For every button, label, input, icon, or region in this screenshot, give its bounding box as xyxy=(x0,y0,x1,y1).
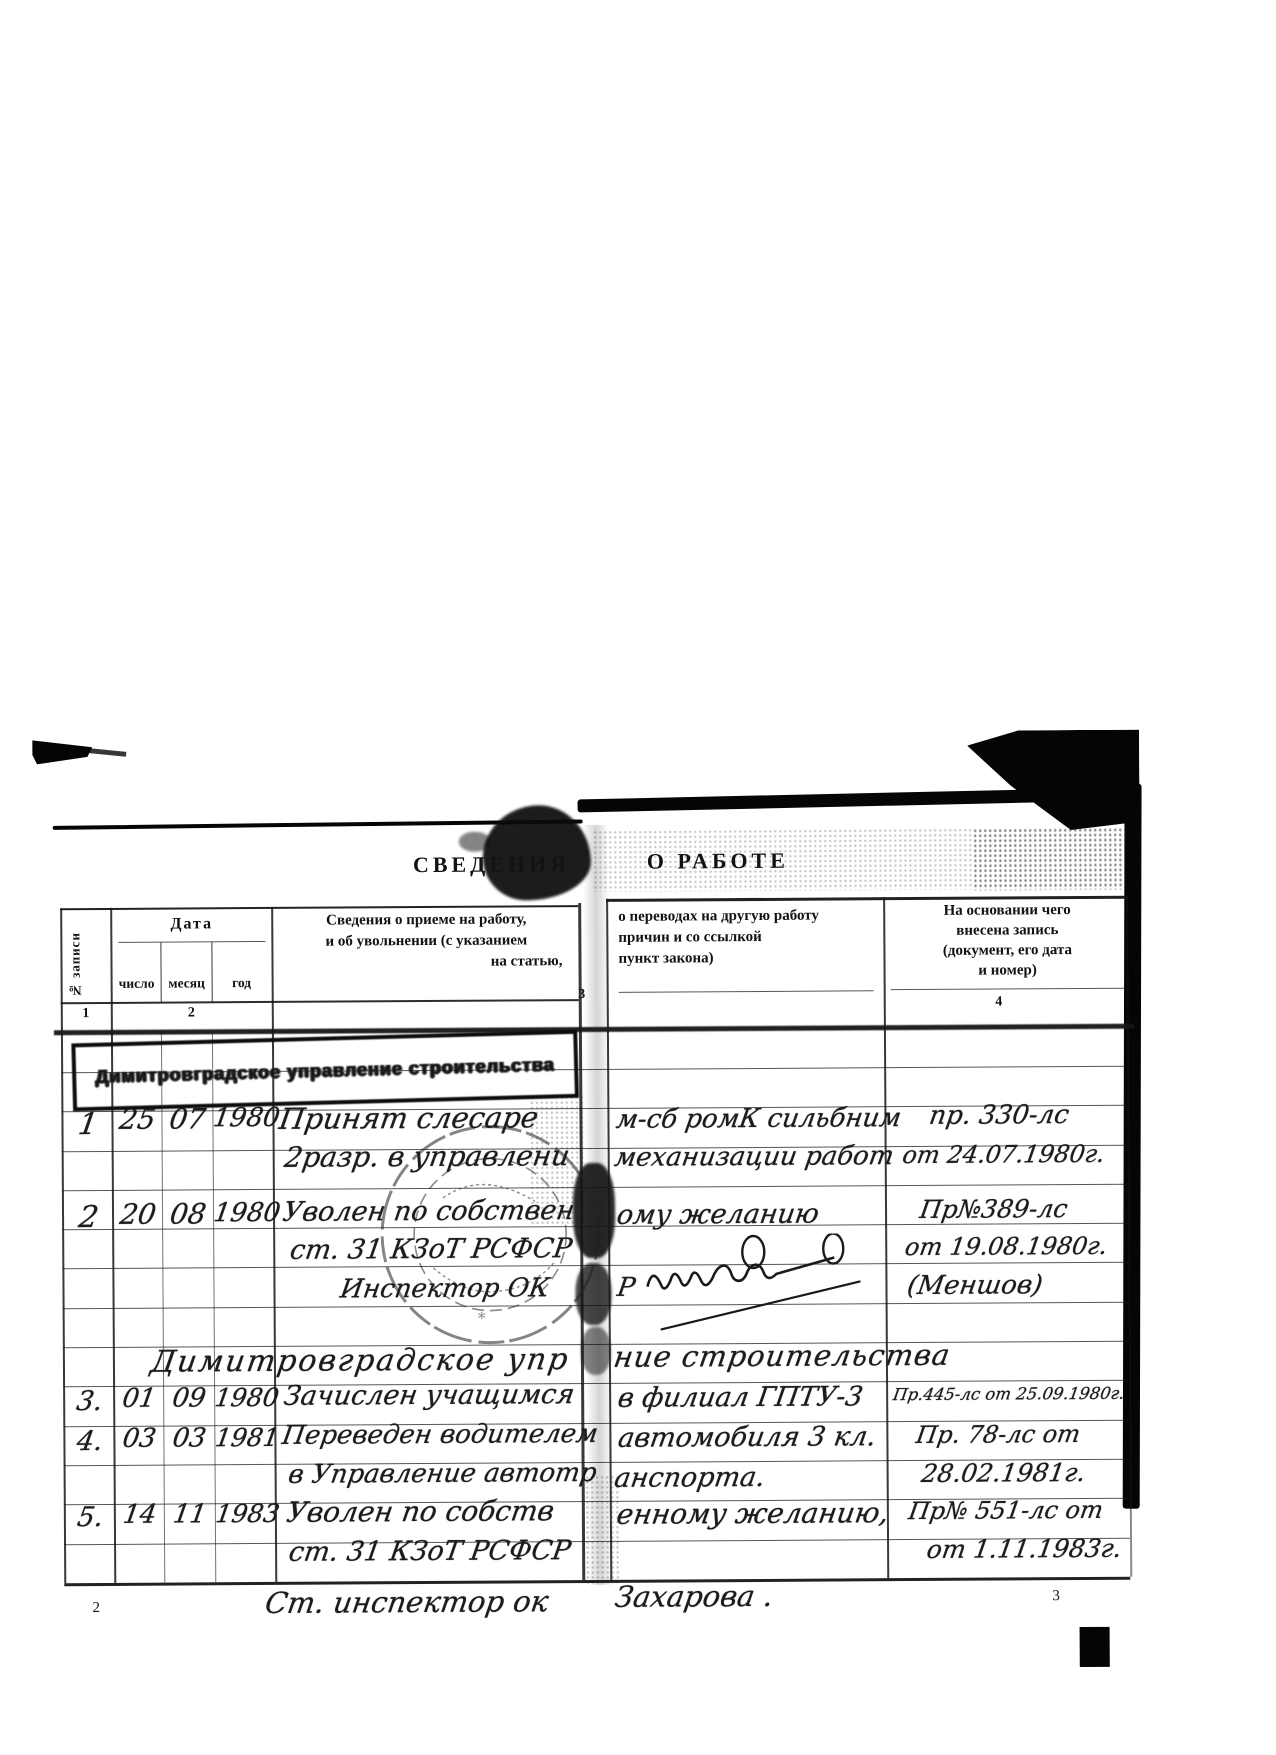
entry-month: 03 xyxy=(163,1425,215,1451)
scan-corner-blob-top-right xyxy=(967,730,1140,831)
basis-text: 28.02.1981г. xyxy=(920,1460,1088,1486)
rect-stamp-text: Димитровградское управление строительств… xyxy=(95,1054,555,1087)
page-number-left: 2 xyxy=(92,1600,100,1617)
org-heading-left: Димитровградское упр xyxy=(149,1345,572,1378)
basis-text: от 19.08.1980г. xyxy=(903,1234,1109,1259)
entry-day: 25 xyxy=(112,1106,162,1134)
basis-text: Пр№389-лс xyxy=(918,1196,1069,1222)
col-number-3: 3 xyxy=(562,987,602,1003)
entry-no: 2 xyxy=(63,1203,115,1233)
entry-no: 4. xyxy=(64,1428,115,1455)
scanned-work-book-page: СВЕДЕНИЯ О РАБОТЕ xyxy=(0,0,1276,1755)
table-line xyxy=(891,988,1127,991)
entry-no: 1 xyxy=(62,1110,114,1140)
table-line xyxy=(118,941,265,943)
basis-text: пр. 330-лс xyxy=(927,1102,1070,1129)
entry-year: 1980 xyxy=(212,1200,274,1226)
entry-year: 1980 xyxy=(211,1105,273,1131)
entry-text: Р xyxy=(616,1275,637,1301)
entry-text: автомобиля 3 кл. xyxy=(616,1423,878,1452)
entry-no: 5. xyxy=(65,1504,116,1531)
entry-text: Уволен по собств xyxy=(285,1497,556,1527)
footer-inspector: Ст. инспектор ок xyxy=(263,1587,550,1618)
ink-blob-small xyxy=(459,832,491,852)
table-line xyxy=(160,943,162,1003)
basis-text: Пр.445-лс от 25.09.1980г. xyxy=(892,1386,1126,1404)
col-number-4: 4 xyxy=(969,994,1029,1010)
page-number-right: 3 xyxy=(1052,1588,1060,1605)
entry-text: 2разр. в управлени xyxy=(283,1142,572,1172)
scan-edge-top-left-dash xyxy=(88,748,126,757)
rectangular-org-stamp: Димитровградское управление строительств… xyxy=(71,1030,579,1112)
scan-noise-corner xyxy=(973,828,1128,891)
signature-scrawl xyxy=(635,1233,926,1335)
col3-right-header-line3: пункт закона) xyxy=(618,947,880,970)
entry-month: 09 xyxy=(163,1385,215,1411)
entry-text: Переведен водителем xyxy=(280,1421,599,1449)
date-group-header: Дата xyxy=(118,913,265,935)
scan-edge-top-left-blob xyxy=(32,740,92,764)
table-line xyxy=(211,942,213,1002)
footer-signature: Захарова . xyxy=(613,1582,775,1612)
page-title-right: О РАБОТЕ xyxy=(647,848,827,875)
col-number-2: 2 xyxy=(111,1005,272,1022)
entry-text: механизации работ xyxy=(613,1143,896,1171)
col4-header-line3: (документ, его дата xyxy=(888,940,1126,961)
entry-month: 08 xyxy=(162,1200,214,1228)
date-day-header: число xyxy=(113,976,161,992)
entry-text: анспорта. xyxy=(613,1464,767,1492)
entry-day: 03 xyxy=(114,1426,164,1452)
basis-text: Пр№ 551-лс от xyxy=(907,1498,1105,1523)
entry-text: Инспектор ОК xyxy=(339,1275,552,1302)
entry-month: 11 xyxy=(164,1501,216,1527)
basis-text: от 1.11.1983г. xyxy=(925,1536,1123,1562)
basis-text: Пр. 78-лс от xyxy=(915,1422,1082,1447)
basis-text: от 24.07.1980г. xyxy=(901,1142,1107,1167)
date-month-header: месяц xyxy=(162,975,212,991)
entry-text: ст. 31 КЗоТ РСФСР xyxy=(287,1537,573,1566)
col4-header-line1: На основании чего xyxy=(888,900,1126,921)
entry-day: 01 xyxy=(114,1386,164,1412)
entry-text: Уволен по собствен xyxy=(281,1197,576,1226)
col3-right-header-line1: о переводах на другую работу xyxy=(618,905,880,928)
org-heading-right: ние строительства xyxy=(612,1341,953,1372)
page-title-left: СВЕДЕНИЯ xyxy=(413,851,553,878)
entry-text: Зачислен учащимся xyxy=(282,1381,576,1410)
basis-text: (Меншов) xyxy=(906,1272,1045,1299)
col3-left-header-line2: и об увольнении (с указанием xyxy=(276,930,576,953)
book-cover-right-edge xyxy=(1123,784,1142,1509)
entry-year: 1981 xyxy=(213,1425,275,1450)
col3-left-header-line3: на статью, xyxy=(276,951,576,974)
col-number-1: 1 xyxy=(61,1006,111,1022)
entry-year: 1980 xyxy=(213,1385,275,1410)
table-line xyxy=(61,999,579,1004)
table-line xyxy=(619,990,874,993)
entry-text: в Управление автотр xyxy=(287,1460,599,1488)
entry-text: в филиал ГПТУ-3 xyxy=(616,1383,865,1412)
entry-day: 14 xyxy=(115,1502,165,1528)
col4-header-line4: и номер) xyxy=(889,960,1127,981)
col3-right-header-line2: причин и со ссылкой xyxy=(618,926,880,949)
col3-left-header-line1: Сведения о приеме на работу, xyxy=(276,909,576,932)
entry-month: 07 xyxy=(161,1105,213,1133)
entry-text: енному желанию, xyxy=(615,1499,891,1529)
entry-day: 20 xyxy=(113,1201,163,1229)
entry-text: Принят слесаре xyxy=(277,1103,540,1134)
book-spread: СВЕДЕНИЯ О РАБОТЕ xyxy=(32,732,1148,1684)
svg-text:*: * xyxy=(478,1309,486,1328)
entry-no: 3. xyxy=(64,1388,115,1415)
entry-text: м-сб ромК сильбним xyxy=(614,1105,903,1133)
scan-black-rect-bottom-right xyxy=(1080,1627,1110,1667)
date-year-header: год xyxy=(213,975,271,991)
col-no-header: № записи xyxy=(67,916,84,998)
entry-year: 1983 xyxy=(214,1501,276,1526)
col4-header-line2: внесена запись xyxy=(888,920,1126,941)
entry-text: ому желанию xyxy=(615,1201,821,1229)
table-line xyxy=(271,907,277,1582)
entry-text: ст. 31 КЗоТ РСФСР xyxy=(288,1235,574,1264)
